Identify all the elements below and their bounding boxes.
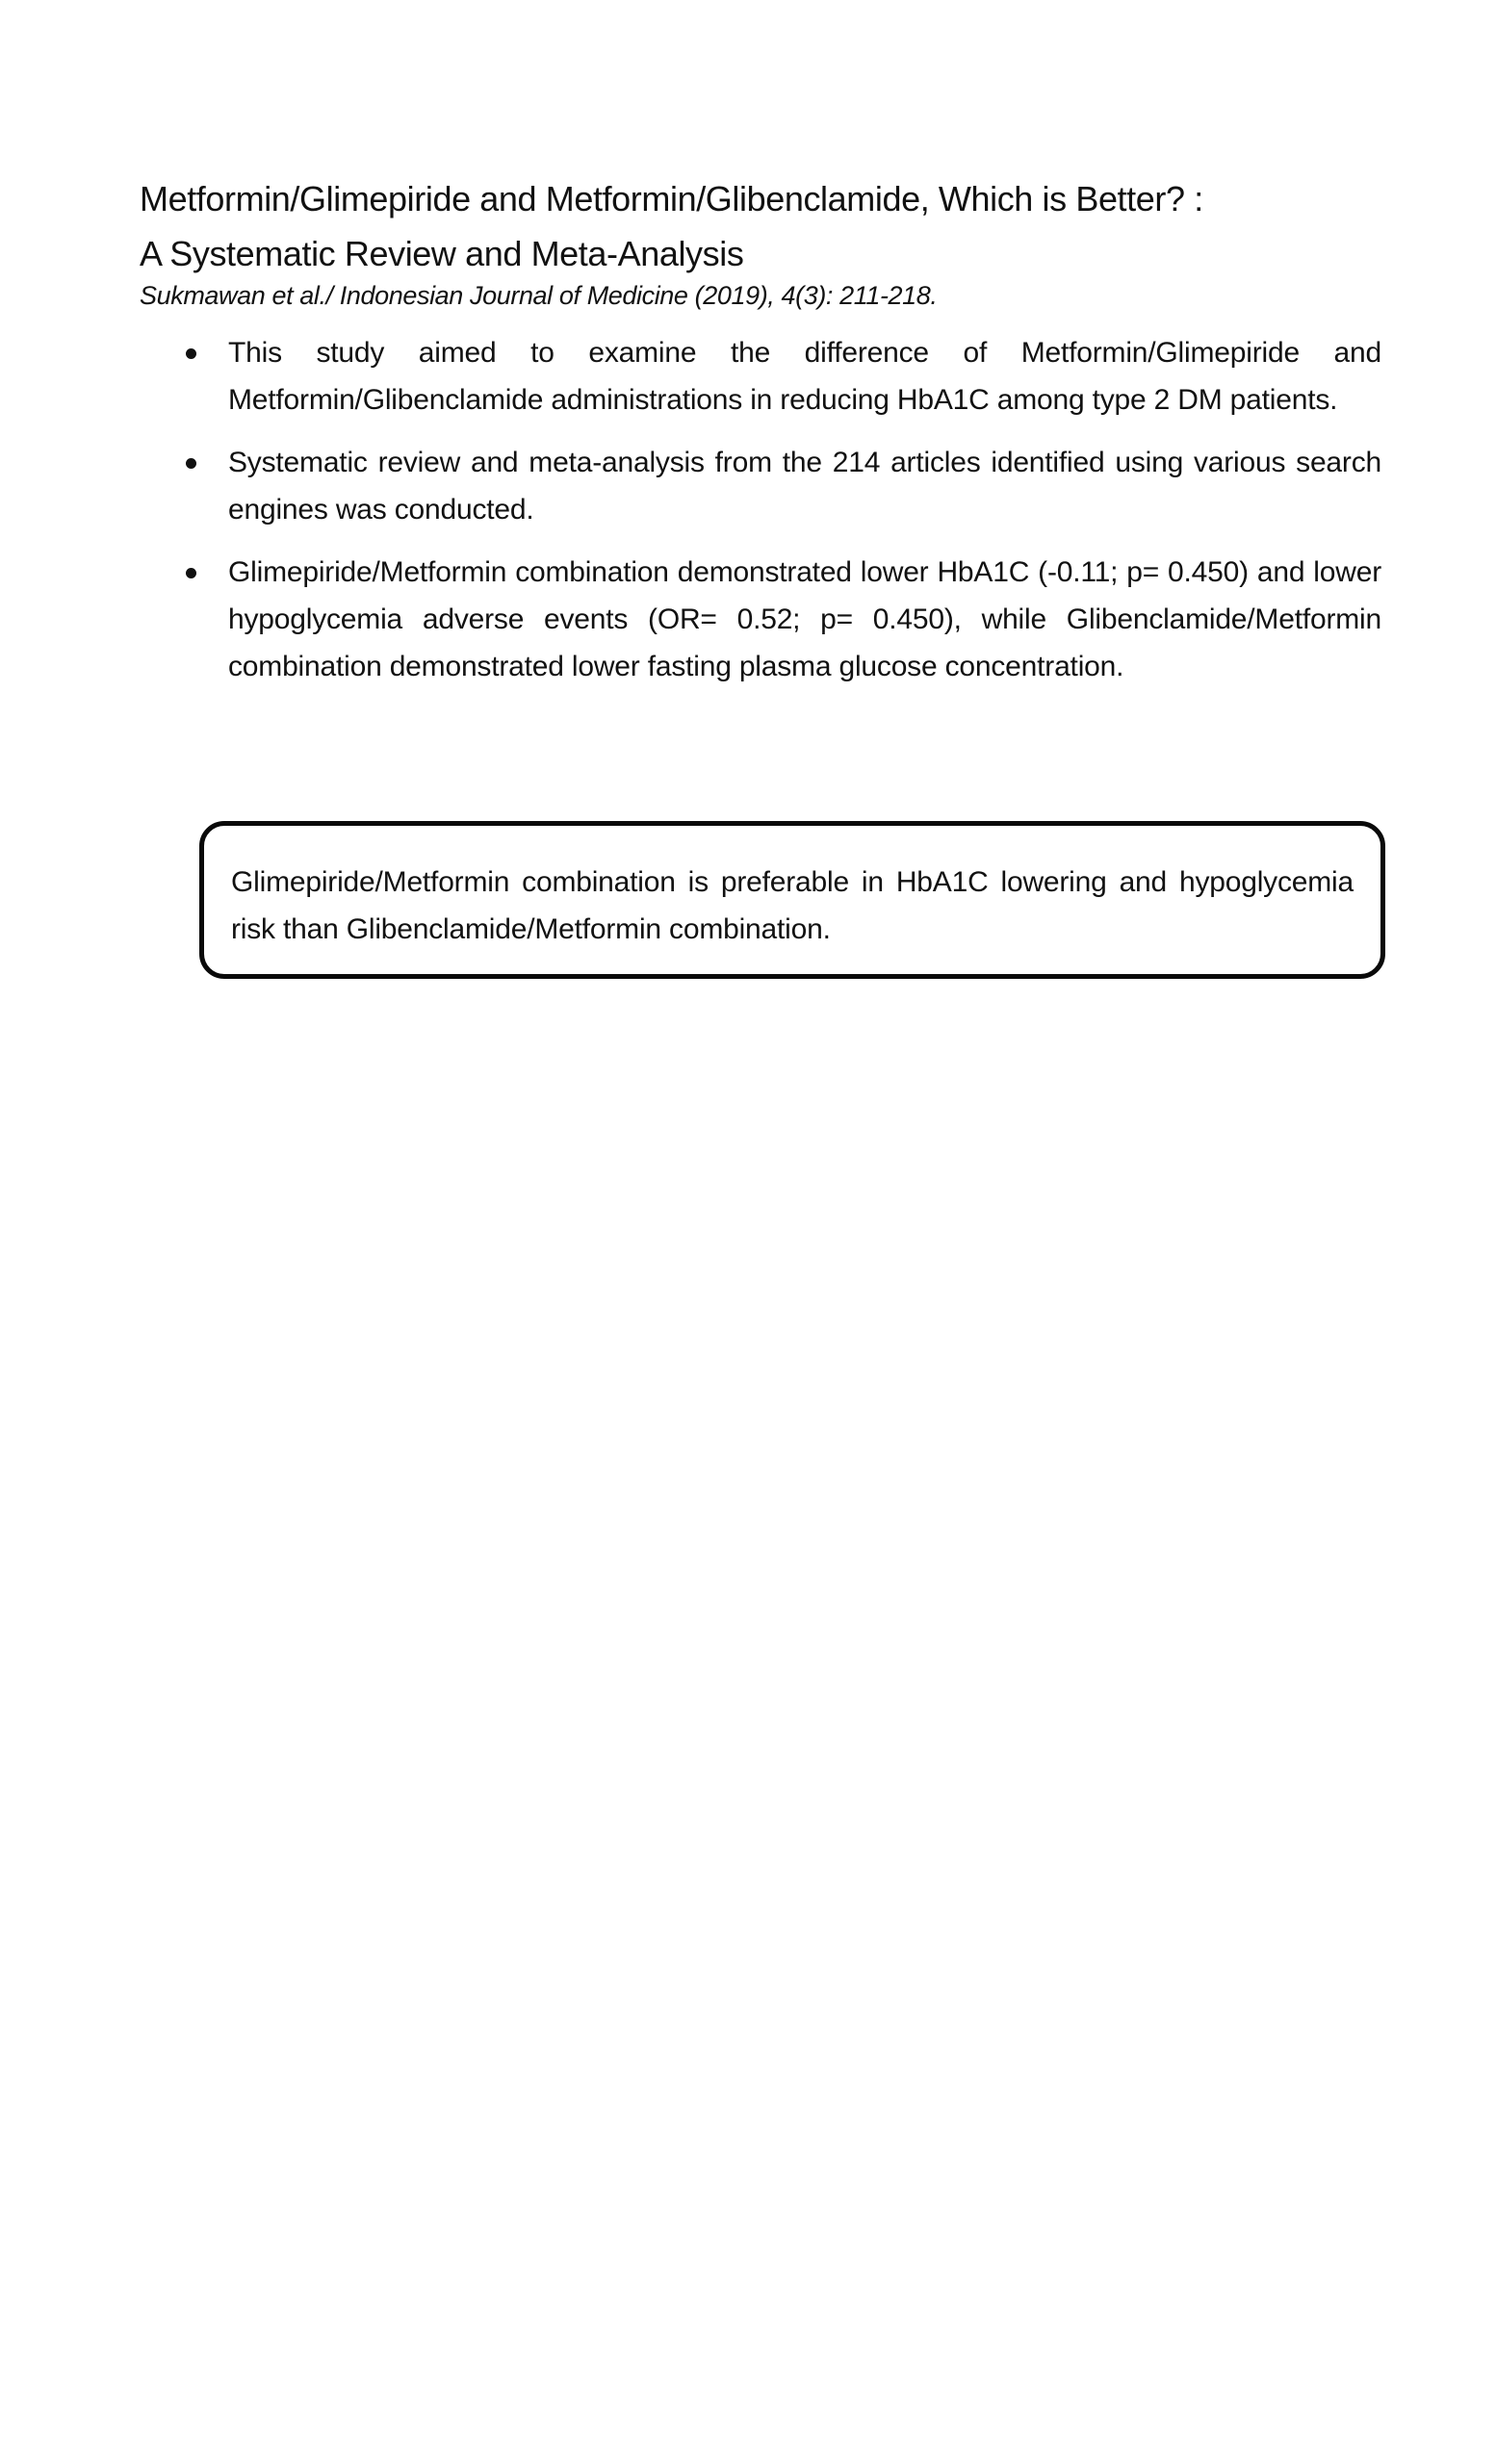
bullet-dot-icon	[186, 458, 196, 469]
conclusion-box: Glimepiride/Metformin combination is pre…	[199, 821, 1385, 979]
summary-bullet: Glimepiride/Metformin combination demons…	[140, 549, 1381, 690]
bullet-dot-icon	[186, 568, 196, 578]
bullet-text: Glimepiride/Metformin combination demons…	[228, 556, 1381, 682]
summary-bullet: Systematic review and meta-analysis from…	[140, 439, 1381, 533]
citation: Sukmawan et al./ Indonesian Journal of M…	[140, 281, 938, 311]
page: Metformin/Glimepiride and Metformin/Glib…	[0, 0, 1496, 2464]
bullet-text: Systematic review and meta-analysis from…	[228, 447, 1381, 526]
paper-title: Metformin/Glimepiride and Metformin/Glib…	[140, 171, 1391, 281]
summary-bullet: This study aimed to examine the differen…	[140, 329, 1381, 423]
summary-bullet-list: This study aimed to examine the differen…	[140, 329, 1381, 706]
bullet-dot-icon	[186, 348, 196, 359]
title-line-1: Metformin/Glimepiride and Metformin/Glib…	[140, 179, 1203, 218]
conclusion-text: Glimepiride/Metformin combination is pre…	[231, 859, 1354, 953]
title-line-2: A Systematic Review and Meta-Analysis	[140, 234, 743, 273]
bullet-text: This study aimed to examine the differen…	[228, 337, 1381, 416]
